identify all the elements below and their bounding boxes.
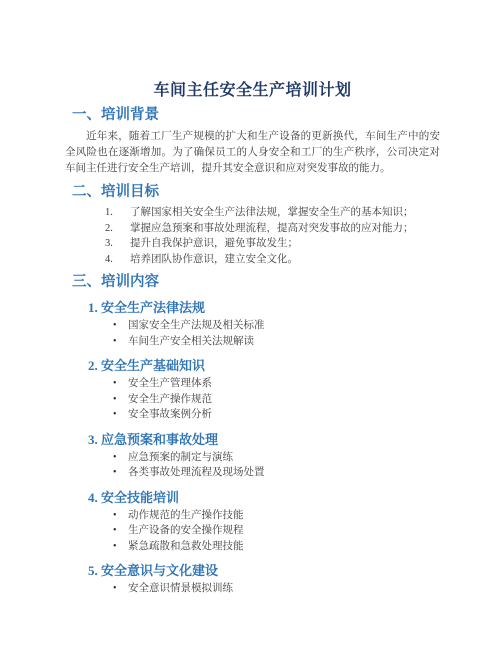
subsection-heading-safety-laws: 1. 安全生产法律法规	[88, 300, 440, 315]
subsection-heading-safety-skills: 4. 安全技能培训	[88, 490, 440, 505]
bullet-list-item: 车间生产安全相关法规解读	[65, 334, 440, 350]
safety-culture-list: 安全意识情景模拟训练	[65, 581, 440, 597]
bullet-list-item: 生产设备的安全操作规程	[65, 523, 440, 539]
bullet-list-item: 动作规范的生产操作技能	[65, 508, 440, 524]
bullet-list-item: 各类事故处理流程及现场处置	[65, 465, 440, 481]
subsection-heading-basic-knowledge: 2. 安全生产基础知识	[88, 358, 440, 373]
subsection-heading-safety-culture: 5. 安全意识与文化建设	[88, 563, 440, 578]
emergency-handling-list: 应急预案的制定与演练 各类事故处理流程及现场处置	[65, 450, 440, 481]
bullet-list-item: 国家安全生产法规及相关标准	[65, 318, 440, 334]
section-heading-training-goals: 二、培训目标	[72, 184, 440, 201]
bullet-list-item: 安全生产管理体系	[65, 376, 440, 392]
goal-list-item: 了解国家相关安全生产法律法规，掌握安全生产的基本知识；	[105, 205, 440, 221]
document-page: 车间主任安全生产培训计划 一、培训背景 近年来，随着工厂生产规模的扩大和生产设备…	[0, 0, 500, 647]
safety-skills-list: 动作规范的生产操作技能 生产设备的安全操作规程 紧急疏散和急救处理技能	[65, 508, 440, 555]
goal-list-item: 提升自我保护意识，避免事故发生；	[105, 236, 440, 252]
document-title: 车间主任安全生产培训计划	[65, 82, 440, 100]
goal-list-item: 掌握应急预案和事故处理流程，提高对突发事故的应对能力；	[105, 221, 440, 237]
training-goals-list: 了解国家相关安全生产法律法规，掌握安全生产的基本知识； 掌握应急预案和事故处理流…	[65, 205, 440, 267]
section-heading-training-content: 三、培训内容	[72, 274, 440, 291]
bullet-list-item: 安全生产操作规范	[65, 392, 440, 408]
subsection-heading-emergency-handling: 3. 应急预案和事故处理	[88, 432, 440, 447]
bullet-list-item: 安全意识情景模拟训练	[65, 581, 440, 597]
bullet-list-item: 安全事故案例分析	[65, 407, 440, 423]
section-heading-training-background: 一、培训背景	[72, 107, 440, 124]
bullet-list-item: 应急预案的制定与演练	[65, 450, 440, 466]
basic-knowledge-list: 安全生产管理体系 安全生产操作规范 安全事故案例分析	[65, 376, 440, 423]
goal-list-item: 培养团队协作意识，建立安全文化。	[105, 252, 440, 268]
bullet-list-item: 紧急疏散和急救处理技能	[65, 539, 440, 555]
training-background-paragraph: 近年来，随着工厂生产规模的扩大和生产设备的更新换代，车间生产中的安全风险也在逐渐…	[65, 129, 440, 177]
safety-laws-list: 国家安全生产法规及相关标准 车间生产安全相关法规解读	[65, 318, 440, 349]
